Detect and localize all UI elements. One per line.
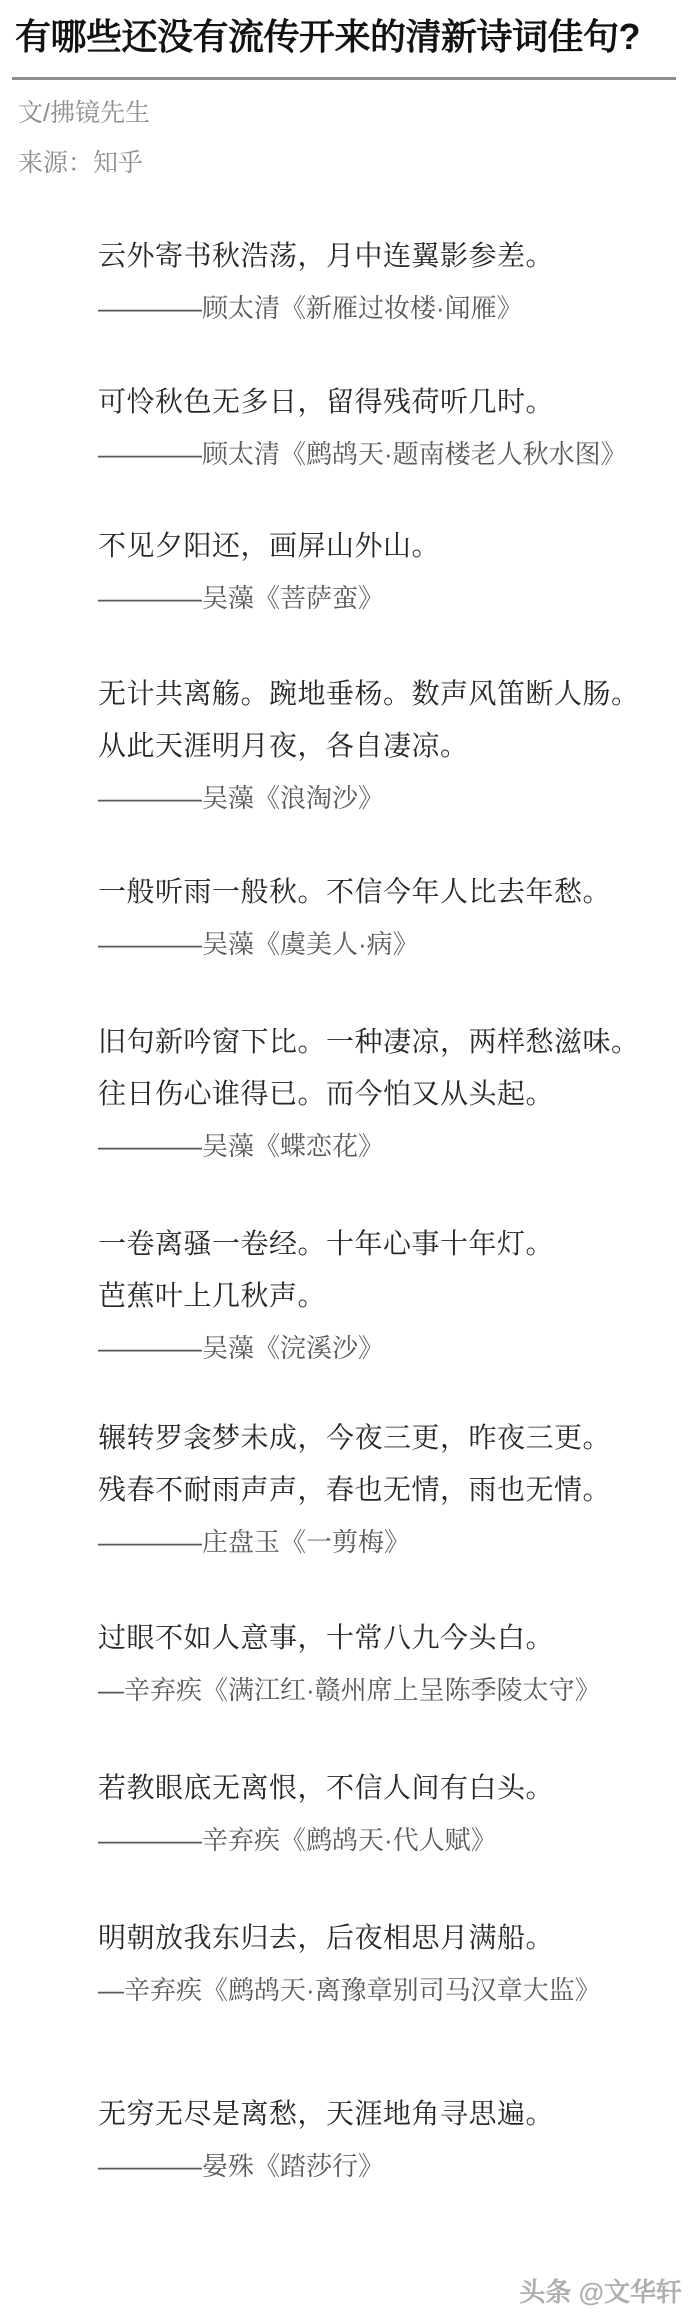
quote-line: 若教眼底无离恨，不信人间有白头。 [98,1762,683,1814]
quote-line: 从此天涯明月夜，各自凄凉。 [98,720,683,772]
quote-group: 辗转罗衾梦未成，今夜三更，昨夜三更。残春不耐雨声声，春也无情，雨也无情。————… [98,1412,683,1568]
quote-line: 辗转罗衾梦未成，今夜三更，昨夜三更。 [98,1412,683,1464]
quote-group: 旧句新吟窗下比。一种凄凉，两样愁滋味。往日伤心谁得已。而今怕又从头起。————吴… [98,1016,683,1172]
quote-attribution: —辛弃疾《鹧鸪天·离豫章别司马汉章大监》 [98,1964,683,2016]
quote-line: 旧句新吟窗下比。一种凄凉，两样愁滋味。 [98,1016,683,1068]
quote-line: 无穷无尽是离愁，天涯地角寻思遍。 [98,2088,683,2140]
quote-attribution: ————晏殊《踏莎行》 [98,2140,683,2192]
quote-group: 无穷无尽是离愁，天涯地角寻思遍。————晏殊《踏莎行》 [98,2088,683,2192]
quote-line: 可怜秋色无多日，留得残荷听几时。 [98,376,683,428]
quote-line: 芭蕉叶上几秋声。 [98,1270,683,1322]
quote-line: 一卷离骚一卷经。十年心事十年灯。 [98,1218,683,1270]
quote-group: 无计共离觞。踠地垂杨。数声风笛断人肠。从此天涯明月夜，各自凄凉。————吴藻《浪… [98,668,683,824]
quote-line: 无计共离觞。踠地垂杨。数声风笛断人肠。 [98,668,683,720]
article-page: 有哪些还没有流传开来的清新诗词佳句? 文/拂镜先生 来源：知乎 云外寄书秋浩荡，… [0,0,690,2313]
quote-attribution: ————吴藻《虞美人·病》 [98,918,683,970]
quote-line: 云外寄书秋浩荡，月中连翼影参差。 [98,230,683,282]
quote-line: 残春不耐雨声声，春也无情，雨也无情。 [98,1464,683,1516]
quote-group: 过眼不如人意事，十常八九今头白。—辛弃疾《满江红·赣州席上呈陈季陵太守》 [98,1612,683,1716]
quote-attribution: ————吴藻《浪淘沙》 [98,772,683,824]
quote-attribution: ————顾太清《新雁过妆楼·闻雁》 [98,282,683,334]
quote-line: 明朝放我东归去，后夜相思月满船。 [98,1912,683,1964]
quote-attribution: ————庄盘玉《一剪梅》 [98,1516,683,1568]
quote-group: 一卷离骚一卷经。十年心事十年灯。芭蕉叶上几秋声。————吴藻《浣溪沙》 [98,1218,683,1374]
watermark: 头条 @文华轩 [519,2272,682,2309]
quote-group: 若教眼底无离恨，不信人间有白头。————辛弃疾《鹧鸪天·代人赋》 [98,1762,683,1866]
quote-line: 过眼不如人意事，十常八九今头白。 [98,1612,683,1664]
quote-group: 云外寄书秋浩荡，月中连翼影参差。————顾太清《新雁过妆楼·闻雁》 [98,230,683,334]
quotes-list: 云外寄书秋浩荡，月中连翼影参差。————顾太清《新雁过妆楼·闻雁》可怜秋色无多日… [0,0,690,2313]
quote-group: 明朝放我东归去，后夜相思月满船。—辛弃疾《鹧鸪天·离豫章别司马汉章大监》 [98,1912,683,2016]
quote-attribution: ————顾太清《鹧鸪天·题南楼老人秋水图》 [98,428,683,480]
quote-line: 一般听雨一般秋。不信今年人比去年愁。 [98,866,683,918]
quote-line: 往日伤心谁得已。而今怕又从头起。 [98,1068,683,1120]
quote-group: 不见夕阳还，画屏山外山。————吴藻《菩萨蛮》 [98,520,683,624]
quote-attribution: —辛弃疾《满江红·赣州席上呈陈季陵太守》 [98,1664,683,1716]
quote-attribution: ————吴藻《蝶恋花》 [98,1120,683,1172]
quote-attribution: ————辛弃疾《鹧鸪天·代人赋》 [98,1814,683,1866]
quote-group: 可怜秋色无多日，留得残荷听几时。————顾太清《鹧鸪天·题南楼老人秋水图》 [98,376,683,480]
quote-line: 不见夕阳还，画屏山外山。 [98,520,683,572]
quote-attribution: ————吴藻《菩萨蛮》 [98,572,683,624]
quote-attribution: ————吴藻《浣溪沙》 [98,1322,683,1374]
quote-group: 一般听雨一般秋。不信今年人比去年愁。————吴藻《虞美人·病》 [98,866,683,970]
